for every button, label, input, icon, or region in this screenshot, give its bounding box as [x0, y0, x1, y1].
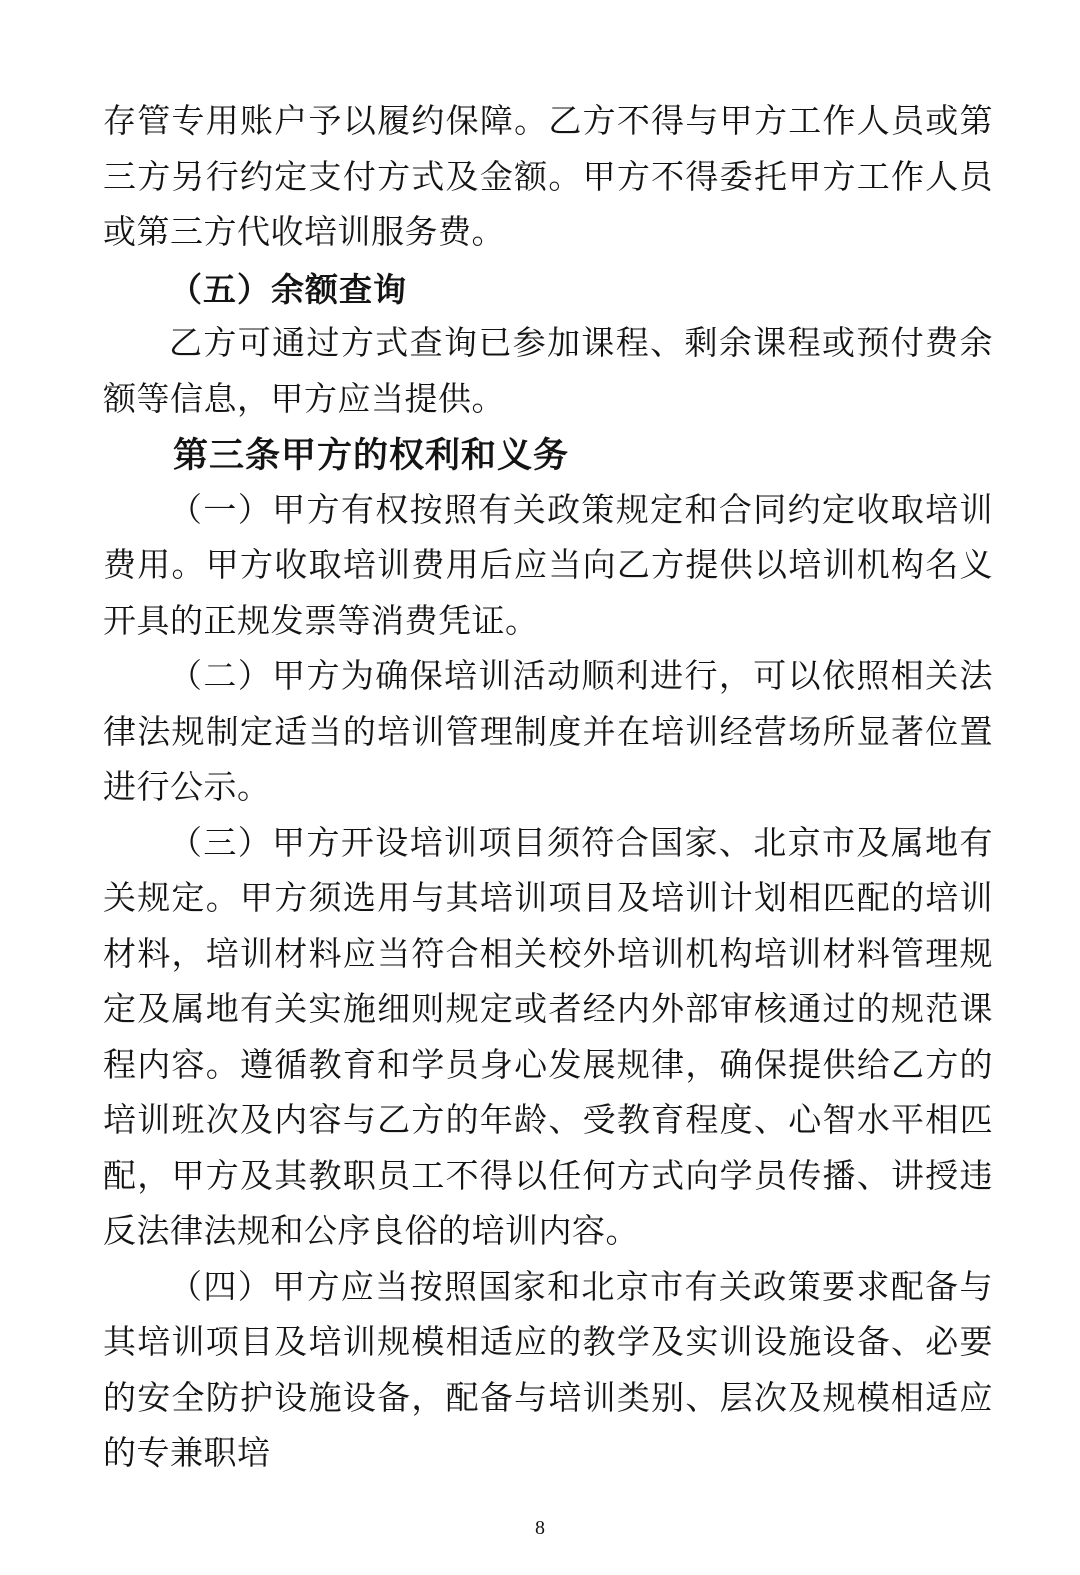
- paragraph-clause-3-training-materials: （三）甲方开设培训项目须符合国家、北京市及属地有关规定。甲方须选用与其培训项目及…: [103, 817, 993, 1261]
- page-number: 8: [0, 1517, 1080, 1539]
- paragraph-clause-4-facilities: （四）甲方应当按照国家和北京市有关政策要求配备与其培训项目及培训规模相适应的教学…: [103, 1261, 993, 1483]
- paragraph-deposit-account-continued: 存管专用账户予以履约保障。乙方不得与甲方工作人员或第三方另行约定支付方式及金额。…: [103, 95, 993, 262]
- document-page: 存管专用账户予以履约保障。乙方不得与甲方工作人员或第三方另行约定支付方式及金额。…: [0, 0, 1080, 1575]
- paragraph-balance-inquiry: 乙方可通过方式查询已参加课程、剩余课程或预付费余额等信息，甲方应当提供。: [103, 317, 993, 428]
- article-heading-party-a-rights-obligations: 第三条甲方的权利和义务: [103, 428, 993, 484]
- paragraph-clause-2-management-rules: （二）甲方为确保培训活动顺利进行，可以依照相关法律法规制定适当的培训管理制度并在…: [103, 650, 993, 817]
- document-body: 存管专用账户予以履约保障。乙方不得与甲方工作人员或第三方另行约定支付方式及金额。…: [103, 95, 993, 1483]
- section-subheading-balance-inquiry: （五）余额查询: [103, 262, 993, 318]
- paragraph-clause-1-fees-invoice: （一）甲方有权按照有关政策规定和合同约定收取培训费用。甲方收取培训费用后应当向乙…: [103, 484, 993, 651]
